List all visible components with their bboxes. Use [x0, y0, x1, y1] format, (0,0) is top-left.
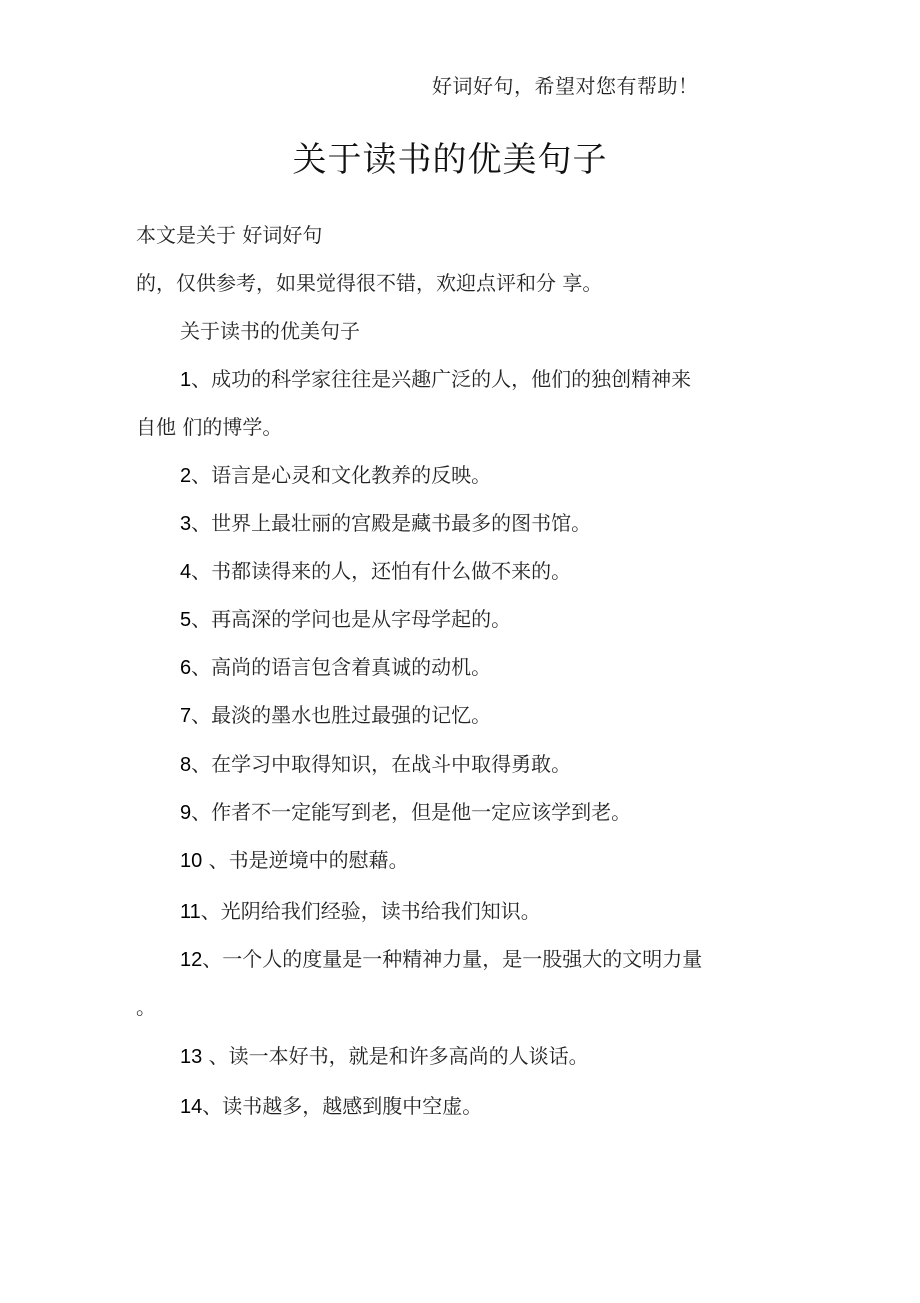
sentence-number: 10 — [180, 850, 202, 872]
section-subtitle: 关于读书的优美句子 — [180, 317, 360, 345]
sentence-number: 4 — [180, 561, 191, 583]
sentence-text: 读一本好书，就是和许多高尚的人谈话。 — [229, 1044, 589, 1068]
sentence-text: 光阴给我们经验，读书给我们知识。 — [221, 899, 541, 923]
sentence-separator: 、 — [191, 367, 211, 391]
sentence-number: 13 — [180, 1046, 202, 1068]
sentence-separator: 、 — [202, 1044, 228, 1068]
sentence-text: 一个人的度量是一种精神力量，是一股强大的文明力量 — [222, 947, 702, 971]
sentence-number: 6 — [180, 657, 191, 679]
sentence-number: 12 — [180, 949, 202, 971]
sentence-number: 3 — [180, 513, 191, 535]
sentence-number: 1 — [180, 369, 191, 391]
sentence-item: 7、最淡的墨水也胜过最强的记忆。 — [180, 701, 491, 730]
sentence-item: 14、读书越多，越感到腹中空虚。 — [180, 1092, 482, 1121]
sentence-number: 8 — [180, 754, 191, 776]
sentence-number: 2 — [180, 465, 191, 487]
sentence-number: 7 — [180, 705, 191, 727]
sentence-text: 语言是心灵和文化教养的反映。 — [211, 463, 491, 487]
sentence-item: 9、作者不一定能写到老，但是他一定应该学到老。 — [180, 798, 631, 827]
sentence-text: 书都读得来的人，还怕有什么做不来的。 — [211, 559, 571, 583]
sentence-item: 5、再高深的学问也是从字母学起的。 — [180, 605, 511, 634]
sentence-item: 11、光阴给我们经验，读书给我们知识。 — [180, 897, 541, 926]
document-title: 关于读书的优美句子 — [0, 132, 900, 181]
sentence-text: 作者不一定能写到老，但是他一定应该学到老。 — [211, 800, 631, 824]
sentence-item: 13 、读一本好书，就是和许多高尚的人谈话。 — [180, 1042, 589, 1071]
sentence-text: 高尚的语言包含着真诚的动机。 — [211, 655, 491, 679]
sentence-separator: 、 — [191, 463, 211, 487]
sentence-item: 6、高尚的语言包含着真诚的动机。 — [180, 653, 491, 682]
sentence-number: 5 — [180, 609, 191, 631]
sentence-text: 在学习中取得知识，在战斗中取得勇敢。 — [211, 752, 571, 776]
sentence-item: 1、成功的科学家往往是兴趣广泛的人，他们的独创精神来 — [180, 365, 691, 394]
intro-line-1: 本文是关于 好词好句 — [136, 221, 322, 249]
sentence-text: 书是逆境中的慰藉。 — [229, 848, 409, 872]
sentence-text: 最淡的墨水也胜过最强的记忆。 — [211, 703, 491, 727]
sentence-item: 4、书都读得来的人，还怕有什么做不来的。 — [180, 557, 571, 586]
sentence-continuation: 自他 们的博学。 — [136, 413, 282, 441]
sentence-separator: 、 — [191, 559, 211, 583]
sentence-item: 2、语言是心灵和文化教养的反映。 — [180, 461, 491, 490]
sentence-separator: 、 — [202, 947, 222, 971]
header-note: 好词好句，希望对您有帮助！ — [432, 70, 699, 99]
sentence-separator: 、 — [202, 1094, 222, 1118]
sentence-separator: 、 — [191, 511, 211, 535]
sentence-text: 世界上最壮丽的宫殿是藏书最多的图书馆。 — [211, 511, 591, 535]
intro-line-2: 的，仅供参考，如果觉得很不错，欢迎点评和分 享。 — [136, 269, 602, 297]
sentence-number: 11 — [180, 901, 201, 923]
sentence-separator: 、 — [201, 899, 221, 923]
sentence-text: 再高深的学问也是从字母学起的。 — [211, 607, 511, 631]
sentence-item: 12、一个人的度量是一种精神力量，是一股强大的文明力量 — [180, 945, 702, 974]
sentence-item: 10 、书是逆境中的慰藉。 — [180, 846, 409, 875]
sentence-text: 读书越多，越感到腹中空虚。 — [222, 1094, 482, 1118]
sentence-continuation: 。 — [136, 993, 156, 1021]
sentence-number: 9 — [180, 802, 191, 824]
sentence-separator: 、 — [191, 703, 211, 727]
sentence-separator: 、 — [191, 655, 211, 679]
sentence-item: 3、世界上最壮丽的宫殿是藏书最多的图书馆。 — [180, 509, 591, 538]
sentence-item: 8、在学习中取得知识，在战斗中取得勇敢。 — [180, 750, 571, 779]
sentence-separator: 、 — [191, 752, 211, 776]
sentence-separator: 、 — [191, 607, 211, 631]
sentence-number: 14 — [180, 1096, 202, 1118]
sentence-separator: 、 — [202, 848, 228, 872]
sentence-text: 成功的科学家往往是兴趣广泛的人，他们的独创精神来 — [211, 367, 691, 391]
sentence-separator: 、 — [191, 800, 211, 824]
